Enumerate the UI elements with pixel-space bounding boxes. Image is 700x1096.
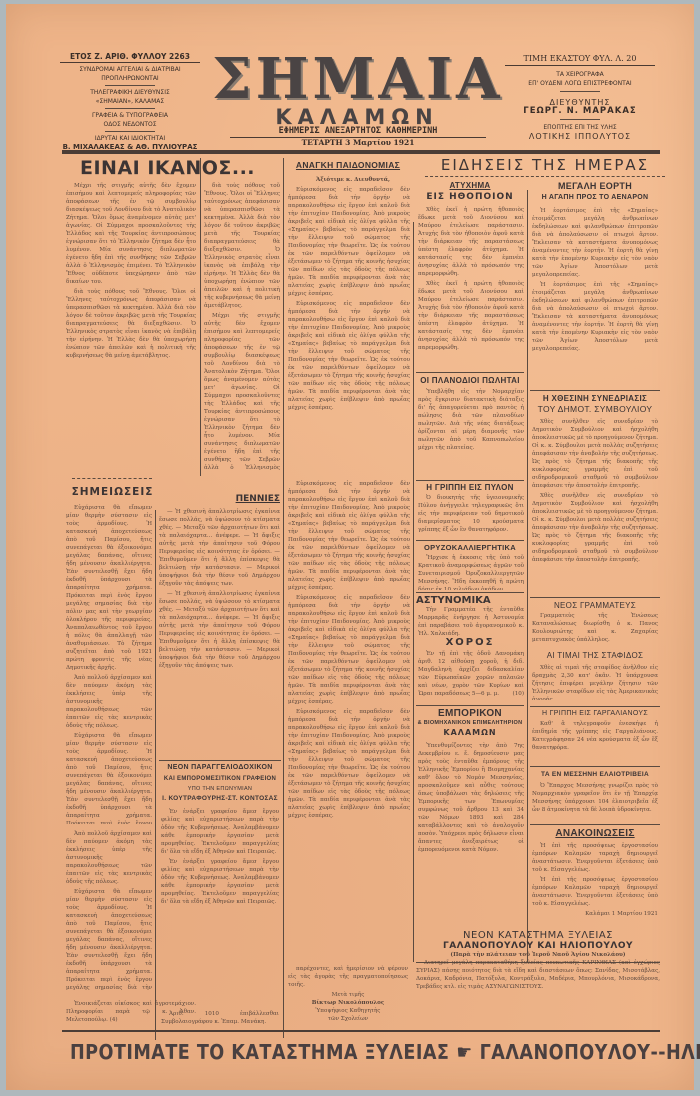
- column-divider: [155, 510, 156, 1040]
- headline-einai-ikanos: ΕΙΝΑΙ ΙΚΑΝΟΣ...: [80, 157, 275, 179]
- xylias-ad-text: Διατηρεῖ μεγάλη παρακαταθήκη ξυλείας πευ…: [416, 959, 660, 1005]
- headline-astynomika: ΑΣΤΥΝΟΜΙΚΑ: [416, 592, 524, 606]
- article-anagki-cont: Εὐρισκόμενος εἰς παραδεῖσον δὲν ἠμπόρεσα…: [288, 480, 410, 920]
- article-atyxima: Χθὲς ἐκεῖ ἡ πρώτη ἠθοποιὸς ἔδωκε μετὰ το…: [418, 206, 524, 366]
- masthead-left-line: ΙΔΡΥΤΑΙ ΚΑΙ ΙΔΙΟΚΤΗΤΑΙ: [60, 134, 200, 143]
- article-pennies: — Ἡ χθεσινὴ ἀπαλλοτρίωσις ἐγκαίνια ἔσωσε…: [159, 508, 280, 748]
- column-divider: [283, 158, 284, 1038]
- editor-name: ΛΟΤΙΚΗΣ ΙΠΠΟΛΥΤΟΣ: [505, 132, 655, 141]
- article-einai-ikanos-col1: Μέχρι τῆς στιγμῆς αὐτῆς δὲν ἔχομεν ἐπισή…: [66, 182, 196, 472]
- headline-anakoinoseis: ΑΝΑΚΟΙΝΩΣΕΙΣ: [530, 824, 660, 839]
- headline-neos-grammateus: ΝΕΟΣ ΓΡΑΜΜΑΤΕΥΣ: [530, 597, 660, 610]
- article-paraggelia: Ἐν ἐνάρξει γραφείου ἄμεσ ἔργου φιλίας κα…: [161, 808, 279, 1008]
- masthead-right-line: ΤΑ ΧΕΙΡΟΓΡΑΦΑ: [505, 70, 655, 79]
- headline-emporikon: ΕΜΠΟΡΙΚΟΝ: [416, 705, 524, 719]
- article-elaiotriveia: Ὁ Ἔπαρχος Μεσσήνης γνωρίζει πρὸς τὸ Νομα…: [532, 782, 658, 818]
- pointing-hand-icon: ☛: [456, 1040, 472, 1064]
- headline-planodioi: ΟΙ ΠΛΑΝΟΔΙΟΙ ΠΩΛΗΤΑΙ: [416, 372, 524, 385]
- issue-date: ΤΕΤΑΡΤΗ 3 Μαρτίου 1921: [230, 137, 486, 148]
- masthead-right-line: ΕΠ' ΟΥΔΕΝΙ ΛΟΓΩ ΕΠΙΣΤΡΕΦΟΝΤΑΙ: [505, 79, 655, 88]
- headline-timai-stafidos: ΑΙ ΤΙΜΑΙ ΤΗΣ ΣΤΑΦΙΔΟΣ: [530, 651, 660, 660]
- director-name: ΓΕΩΡΓ. Ν. ΜΑΡΑΚΑΣ: [505, 107, 655, 116]
- newspaper-subtitle: ΚΑΛΑΜΩΝ: [232, 106, 482, 128]
- column-divider: [527, 190, 528, 962]
- masthead-left-line: ΓΡΑΦΕΙΑ & ΤΥΠΟΓΡΑΦΕΙΑ: [60, 111, 200, 120]
- paraggelia-firm-name: Ι. ΚΟΥΤΡΑΦΟΥΡΗΣ-ΣΤ. ΚΟΝΤΟΣΑΣ: [159, 795, 281, 802]
- paraggelia-rule: [159, 760, 281, 761]
- signature-role: τῶν Σχολείων: [288, 1015, 408, 1023]
- signature-closing: Μετὰ τιμῆς: [288, 991, 408, 999]
- masthead-left-line: ΣΥΝΔΡΟΜΑΙ ΑΓΓΕΛΙΑΙ & ΔΙΑΤΡΙΒΑΙ: [60, 65, 200, 74]
- signature-name: Βίκτωρ Νικολόπουλος: [288, 999, 408, 1007]
- subheadline-paraggelia-eponymia: ΥΠΟ ΤΗΝ ΕΠΩΝΥΜΙΑΝ: [159, 786, 281, 792]
- column-divider: [413, 222, 414, 962]
- xylias-ad-owners: ΓΑΛΑΝΟΠΟΥΛΟΥ ΚΑΙ ΗΛΙΟΠΟΥΛΟΥ: [416, 941, 660, 951]
- article-astynomika: Τὴν Γραμματέα τῆς ἐνταῦθα Μαρμαρᾶς ἐνήργ…: [418, 606, 524, 640]
- masthead-left-line: ΤΗΛΕΓΡΑΦΙΚΗ ΔΙΕΥΘΥΝΣΙΣ: [60, 88, 200, 97]
- paraggelia-footnote: Ἀριθ. 1010 ἐπιβάλλεσθαι Συμβολαιογράφου …: [161, 1010, 279, 1028]
- headline-oryzokalliergitika: ΟΡΥΖΟΚΑΛΛΙΕΡΓΗΤΙΚΑ: [416, 540, 524, 552]
- subheadline-paraggelia: ΚΑΙ ΕΜΠΟΡΟΜΕΣΙΤΙΚΟΝ ΓΡΑΦΕΙΟΝ: [159, 776, 281, 782]
- article-oryzokalliergitika: Ἤρχισε ἡ ἐκκοσις τῆς ὑπὸ τοῦ Κρατικοῦ ἀν…: [418, 554, 524, 590]
- semeioseis-rule: [72, 478, 152, 480]
- article-semeioseis-cont: Ἀπὸ πολλοῦ ἀρχίσαμεν καὶ δὲν παύομεν ἀκό…: [66, 830, 152, 990]
- headline-megali-eorti: ΜΕΓΑΛΗ ΕΟΡΤΗ: [530, 181, 660, 191]
- article-emporikon: Ὑπενθυμίζοντες τὴν ἀπὸ 7ης Δεκεμβρίου ε.…: [418, 742, 524, 892]
- banner-left-text: ΠΡΟΤΙΜΑΤΕ ΤΟ ΚΑΤΑΣΤΗΜΑ ΞΥΛΕΙΑΣ: [70, 1040, 449, 1064]
- editor-label: ΕΠΟΠΤΗΣ ΕΠΙ ΤΗΣ ΥΛΗΣ: [505, 123, 655, 132]
- xylias-ad-headline: ΝΕΟΝ ΚΑΤΑΣΤΗΜΑ ΞΥΛΕΙΑΣ: [416, 930, 660, 941]
- article-anakoinoseis: Ἡ ἐπὶ τῆς προσόψεως ἐργοστασίου ἐμπόρων …: [532, 842, 658, 932]
- subheadline-atyxima: ΕΙΣ ΗΘΟΠΟΙΟΝ: [416, 192, 524, 202]
- article-einai-ikanos-col2: διὰ τοὺς πόθους τοῦ Ἔθνους. Ὅλοι οἱ Ἕλλη…: [204, 182, 280, 472]
- article-griipi-gargalianous: Καθ' ἃ τηλεγραφοῦν ἐνεσκήψε ἡ ἐπιδημία τ…: [532, 720, 658, 760]
- article-megali-eorti: Ἡ ἑορτάσιμος ἐπὶ τῆς «Σημαίας» ἐτοιμάζετ…: [532, 207, 658, 377]
- xylias-ad-location: (Παρὰ τὴν πλάτειαν τοῦ Ἱεροῦ Ναοῦ Ἁγίου …: [416, 951, 660, 959]
- column-divider: [200, 158, 201, 476]
- masthead-right-info: ΤΙΜΗ ΕΚΑΣΤΟΥ ΦΥΛ. Λ. 20 ΤΑ ΧΕΙΡΟΓΡΑΦΑ ΕΠ…: [505, 54, 655, 141]
- headline-griipi-pylon: Η ΓΡΙΠΠΗ ΕΙΣ ΠΥΛΟΝ: [416, 480, 524, 492]
- signature-role: Ὑποψήφιος Καθηγητὴς: [288, 1007, 408, 1015]
- article-neos-grammateus: Γραμματεὺς τῆς Ἐνώσεως Καταναλώσεως διωρ…: [532, 612, 658, 646]
- headline-xoros: ΧΟΡΟΣ: [416, 637, 524, 648]
- headline-xthesini: Η ΧΘΕΣΙΝΗ ΣΥΝΕΔΡΙΑΣΙΣ: [530, 390, 660, 403]
- subheadline-megali-eorti: Η ΑΓΑΠΗ ΠΡΟΣ ΤΟ ΑΕΝΑΡΟΝ: [530, 194, 660, 201]
- article-planodioi: Ὑπεβλήθη εἰς τὴν Νομαρχίαν πρὸς ἔγκρισιν…: [418, 388, 524, 478]
- headline-atyxima: ΑΤΥΧΗΜΑ: [416, 181, 524, 190]
- headline-elaiotriveia: ΤΑ ΕΝ ΜΕΣΣΗΝΗ ΕΛΑΙΟΤΡΙΒΕΙΑ: [530, 766, 660, 778]
- article-xthesini: Χθὲς συνῆλθεν εἰς συνεδρίαν τὸ Δημοτικὸν…: [532, 418, 658, 593]
- masthead-left-info: ΕΤΟΣ Ζ. ΑΡΙΘ. ΦΥΛΛΟΥ 2263 ΣΥΝΔΡΟΜΑΙ ΑΓΓΕ…: [60, 52, 200, 152]
- article-anagki-paidonomias: Ἀξιότιμε κ. Διευθυντά,Εὐρισκόμενος εἰς π…: [288, 176, 410, 476]
- headline-griipi-gargalianous: Η ΓΡΙΠΠΗ ΕΙΣ ΓΑΡΓΑΛΙΑΝΟΥΣ: [530, 706, 660, 717]
- subheadline-emporikon-kalamon: ΚΑΛΑΜΩΝ: [416, 728, 524, 737]
- masthead-left-line: ΟΔΟΣ ΝΕΔΟΝΤΟΣ: [60, 120, 200, 129]
- headline-anagki-paidonomias: ΑΝΑΓΚΗ ΠΑΙΔΟΝΟΜΙΑΣ: [286, 160, 410, 170]
- article-semeioseis: Εὐχάριστα θὰ εἴπωμεν μίαν θερμὴν σύστασι…: [66, 504, 152, 824]
- letter-signature: παρέχοντες, καὶ ἡμερίσιον νὰ φέρουν εἰς …: [288, 965, 408, 1029]
- masthead-rule: [62, 150, 660, 154]
- headline-eidiseis: ΕΙΔΗΣΕΙΣ ΤΗΣ ΗΜΕΡΑΣ: [425, 156, 665, 177]
- masthead-left-line: ΠΡΟΠΛΗΡΩΝΟΝΤΑΙ: [60, 74, 200, 83]
- headline-semeioseis: ΣΗΜΕΙΩΣΕΙΣ: [70, 486, 155, 498]
- article-xoros: Ἐν τῇ ἐπὶ τῆς ὁδοῦ Δανομάκη ἀριθ. 12 αἰθ…: [418, 650, 524, 690]
- article-timai-stafidos: Χθὲς αἱ τιμαὶ τῆς σταφίδος ἀνῆλθον εἰς δ…: [532, 664, 658, 700]
- subheadline-xthesini: ΤΟΥ ΔΗΜΟΤ. ΣΥΜΒΟΥΛΙΟΥ: [530, 404, 660, 414]
- headline-pennies: ΠΕΝΝΙΕΣ: [230, 494, 280, 504]
- article-griipi-pylon: Ὁ διοικητὴς τῆς ὑγειονομικῆς Πύλου ἀνήγγ…: [418, 494, 524, 534]
- issue-line: ΕΤΟΣ Ζ. ΑΡΙΘ. ΦΥΛΛΟΥ 2263: [60, 52, 200, 63]
- headline-paraggelia: ΝΕΟΝ ΠΑΡΑΓΓΕΛΙΟΔΟΧΙΚΟΝ: [159, 764, 281, 771]
- price: ΤΙΜΗ ΕΚΑΣΤΟΥ ΦΥΛ. Λ. 20: [505, 54, 655, 66]
- bottom-banner: ΠΡΟΤΙΜΑΤΕ ΤΟ ΚΑΤΑΣΤΗΜΑ ΞΥΛΕΙΑΣ☛ΓΑΛΑΝΟΠΟΥ…: [70, 1040, 607, 1064]
- masthead-left-line: «ΣΗΜΑΙΑΝ», ΚΑΛΑΜΑΣ: [60, 97, 200, 106]
- xylias-ad: ΝΕΟΝ ΚΑΤΑΣΤΗΜΑ ΞΥΛΕΙΑΣ ΓΑΛΑΝΟΠΟΥΛΟΥ ΚΑΙ …: [416, 930, 660, 1030]
- xoros-hours: Ὧραι παραδόσεως 5—6 μ. μ.(10): [418, 690, 524, 699]
- newspaper-title: ΣΗΜΑΙΑ: [212, 50, 492, 108]
- footer-rule: [62, 1030, 660, 1032]
- newspaper-tagline: ΕΦΗΜΕΡΙΣ ΑΝΕΞΑΡΤΗΤΟΣ ΚΑΘΗΜΕΡΙΝΗ: [218, 126, 498, 136]
- banner-right-text: ΓΑΛΑΝΟΠΟΥΛΟΥ--ΗΛΙΟΠΟΥΛΟΥ: [480, 1040, 700, 1064]
- subheadline-emporikon: & ΒΙΟΜΗΧΑΝΙΚΟΝ ΕΠΙΜΕΛΗΤΗΡΙΟΝ: [416, 720, 524, 726]
